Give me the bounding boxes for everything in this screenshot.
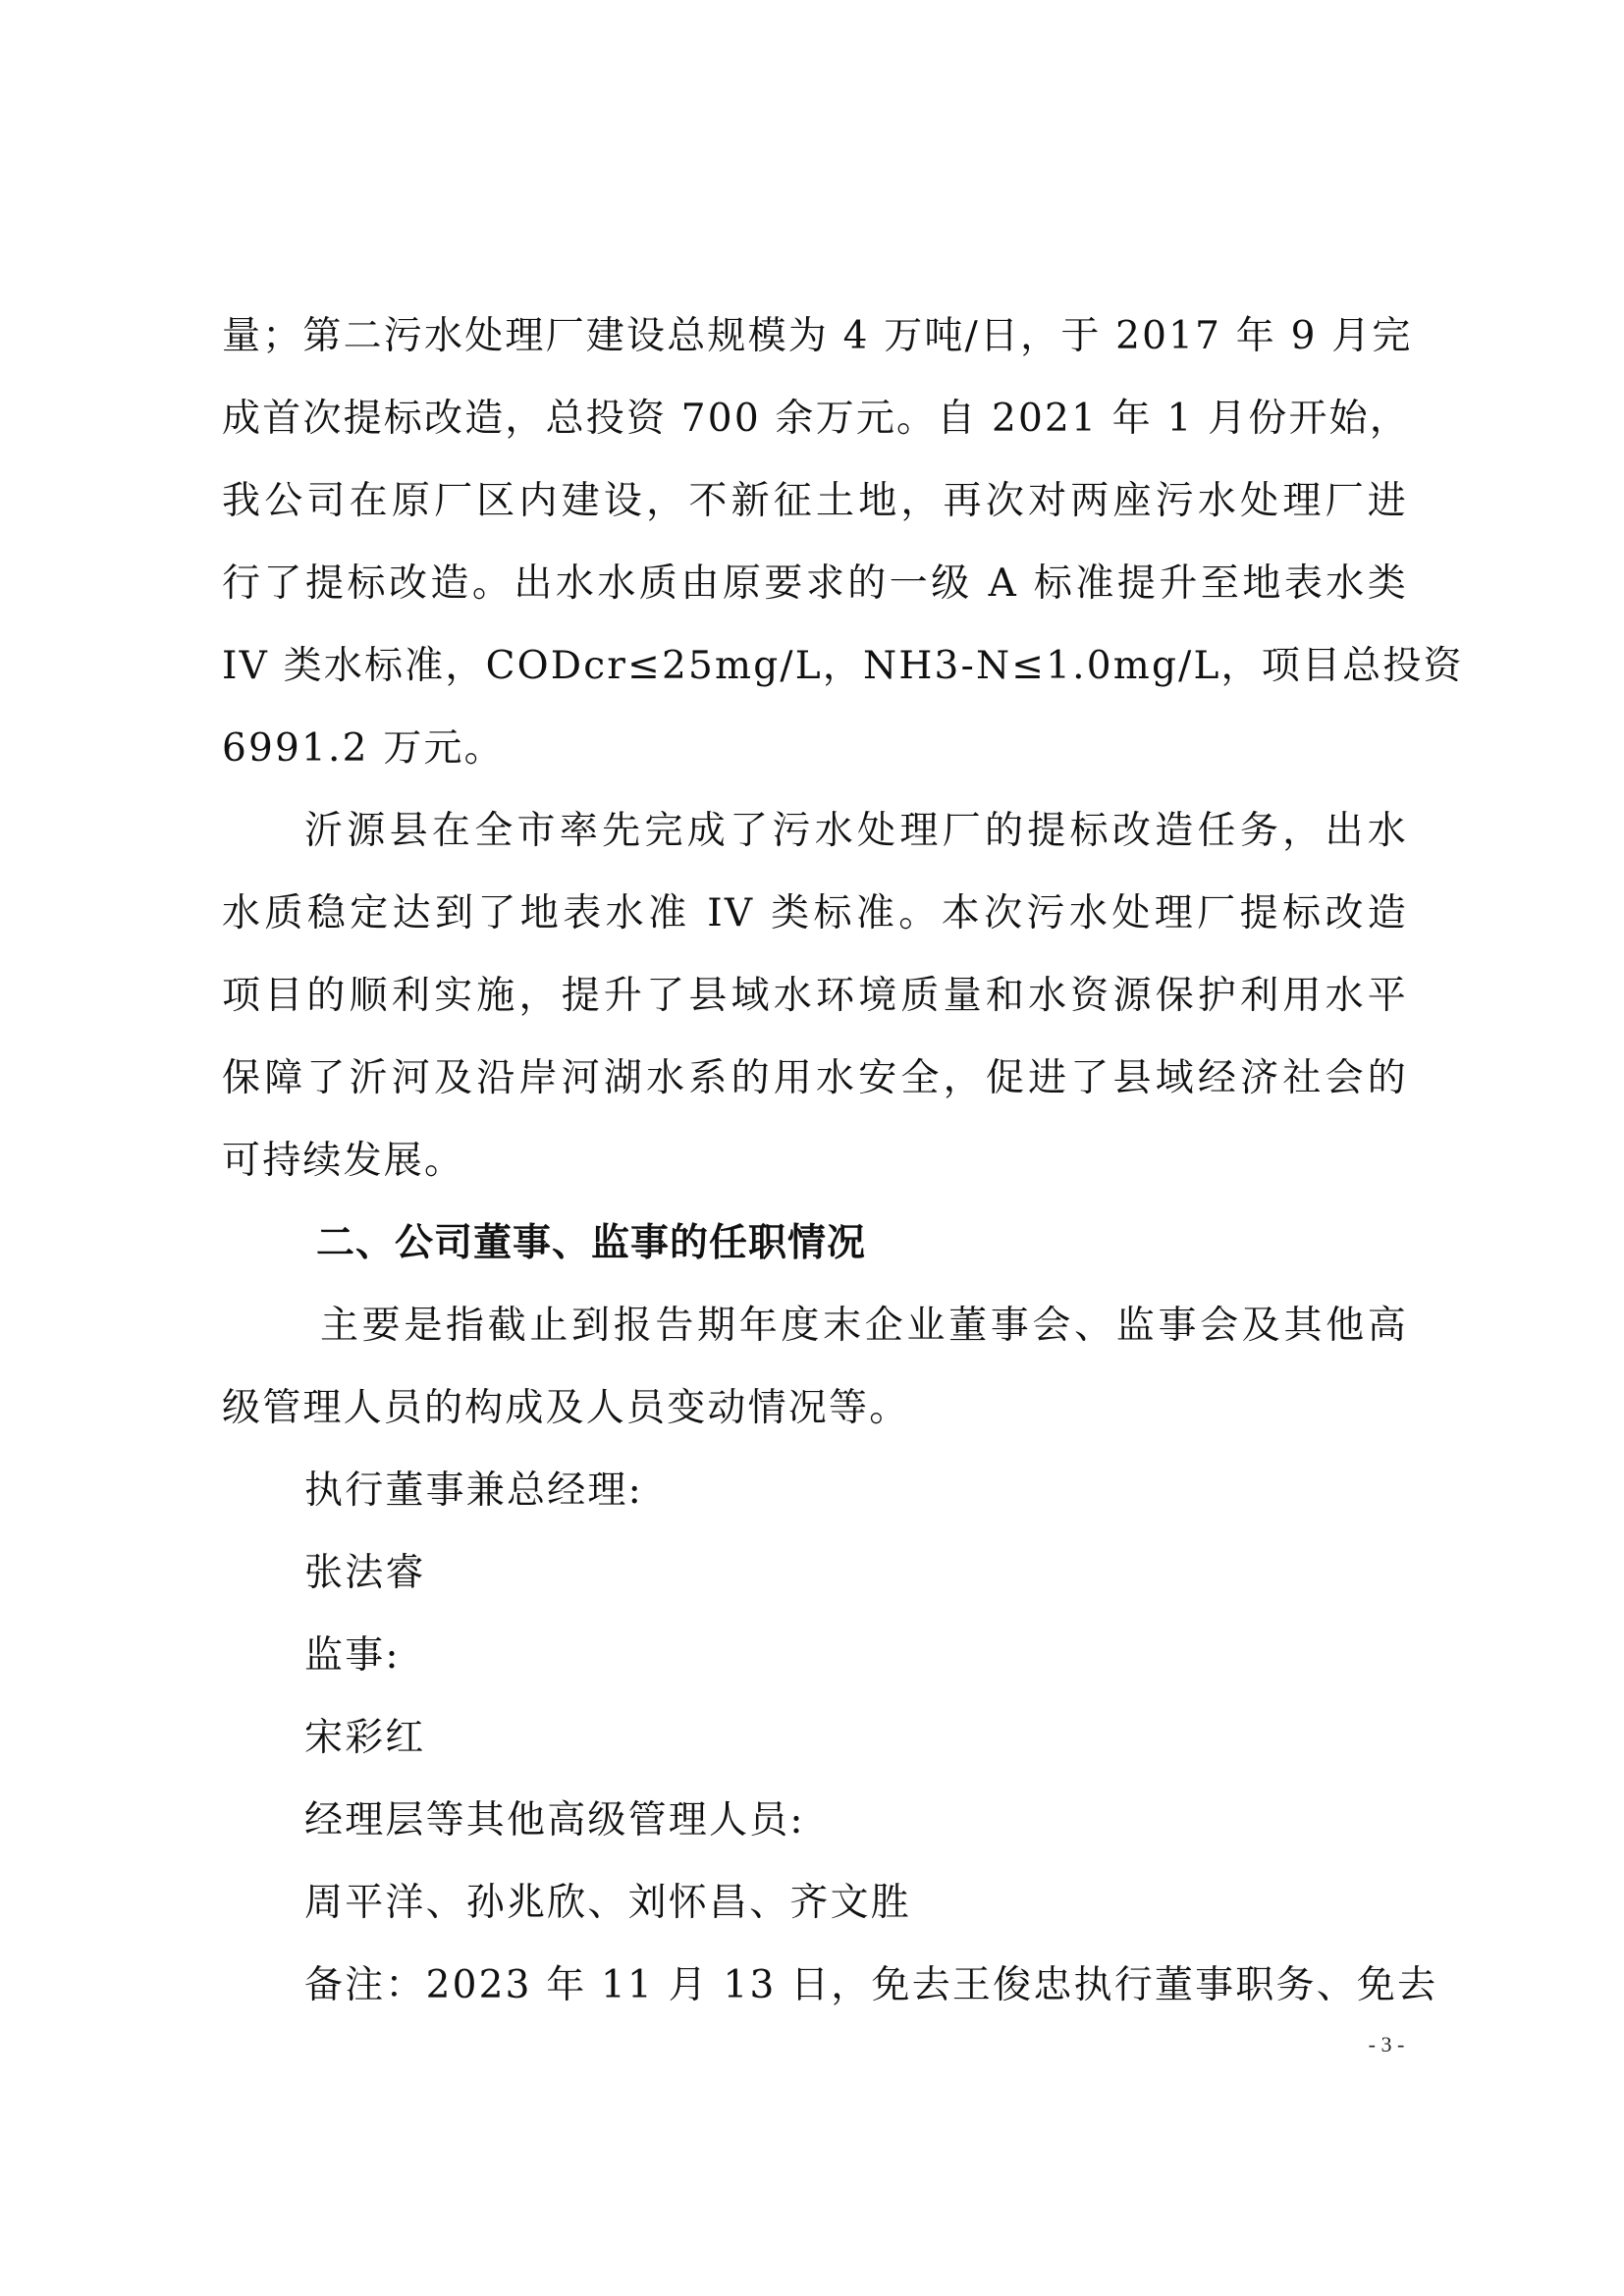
text-line: 可持续发展。 — [222, 1120, 1408, 1202]
text-line: 保障了沂河及沿岸河湖水系的用水安全，促进了县域经济社会的 — [222, 1038, 1408, 1120]
text-line: 项目的顺利实施，提升了县域水环境质量和水资源保护利用水平 — [222, 955, 1408, 1038]
paragraph-water-treatment-upgrade: 量；第二污水处理厂建设总规模为 4 万吨/日，于 2017 年 9 月完 成首次… — [222, 295, 1408, 790]
executive-director-label: 执行董事兼总经理: — [222, 1450, 1408, 1532]
personnel-change-note: 备注：2023 年 11 月 13 日，免去王俊忠执行董事职务、免去 — [222, 1945, 1408, 2027]
text-line: 量；第二污水处理厂建设总规模为 4 万吨/日，于 2017 年 9 月完 — [222, 295, 1408, 378]
text-line: 级管理人员的构成及人员变动情况等。 — [222, 1367, 1408, 1450]
text-line: 水质稳定达到了地表水准 IV 类标准。本次污水处理厂提标改造 — [222, 873, 1408, 955]
supervisor-label: 监事: — [222, 1615, 1408, 1697]
text-line: IV 类水标准，CODcr≤25mg/L，NH3-N≤1.0mg/L，项目总投资 — [222, 625, 1408, 708]
senior-management-names: 周平洋、孙兆欣、刘怀昌、齐文胜 — [222, 1862, 1408, 1945]
text-line: 6991.2 万元。 — [222, 708, 1408, 790]
text-line: 行了提标改造。出水水质由原要求的一级 A 标准提升至地表水类 — [222, 543, 1408, 625]
senior-management-label: 经理层等其他高级管理人员: — [222, 1780, 1408, 1862]
supervisor-name: 宋彩红 — [222, 1697, 1408, 1780]
text-line: 我公司在原厂区内建设，不新征土地，再次对两座污水处理厂进 — [222, 460, 1408, 543]
text-line: 主要是指截止到报告期年度末企业董事会、监事会及其他高 — [222, 1285, 1408, 1367]
paragraph-section-description: 主要是指截止到报告期年度末企业董事会、监事会及其他高 级管理人员的构成及人员变动… — [222, 1285, 1408, 1450]
document-page: 量；第二污水处理厂建设总规模为 4 万吨/日，于 2017 年 9 月完 成首次… — [0, 0, 1624, 2296]
text-line: 成首次提标改造，总投资 700 余万元。自 2021 年 1 月份开始， — [222, 378, 1408, 460]
personnel-list: 执行董事兼总经理: 张法睿 监事: 宋彩红 经理层等其他高级管理人员: 周平洋、… — [222, 1450, 1408, 2027]
page-number: - 3 - — [1355, 2032, 1418, 2057]
text-line: 沂源县在全市率先完成了污水处理厂的提标改造任务，出水 — [222, 790, 1408, 873]
executive-director-name: 张法睿 — [222, 1532, 1408, 1615]
section-heading: 二、公司董事、监事的任职情况 — [222, 1202, 1408, 1285]
paragraph-yiyuan-summary: 沂源县在全市率先完成了污水处理厂的提标改造任务，出水 水质稳定达到了地表水准 I… — [222, 790, 1408, 1202]
document-body: 量；第二污水处理厂建设总规模为 4 万吨/日，于 2017 年 9 月完 成首次… — [222, 295, 1408, 2027]
